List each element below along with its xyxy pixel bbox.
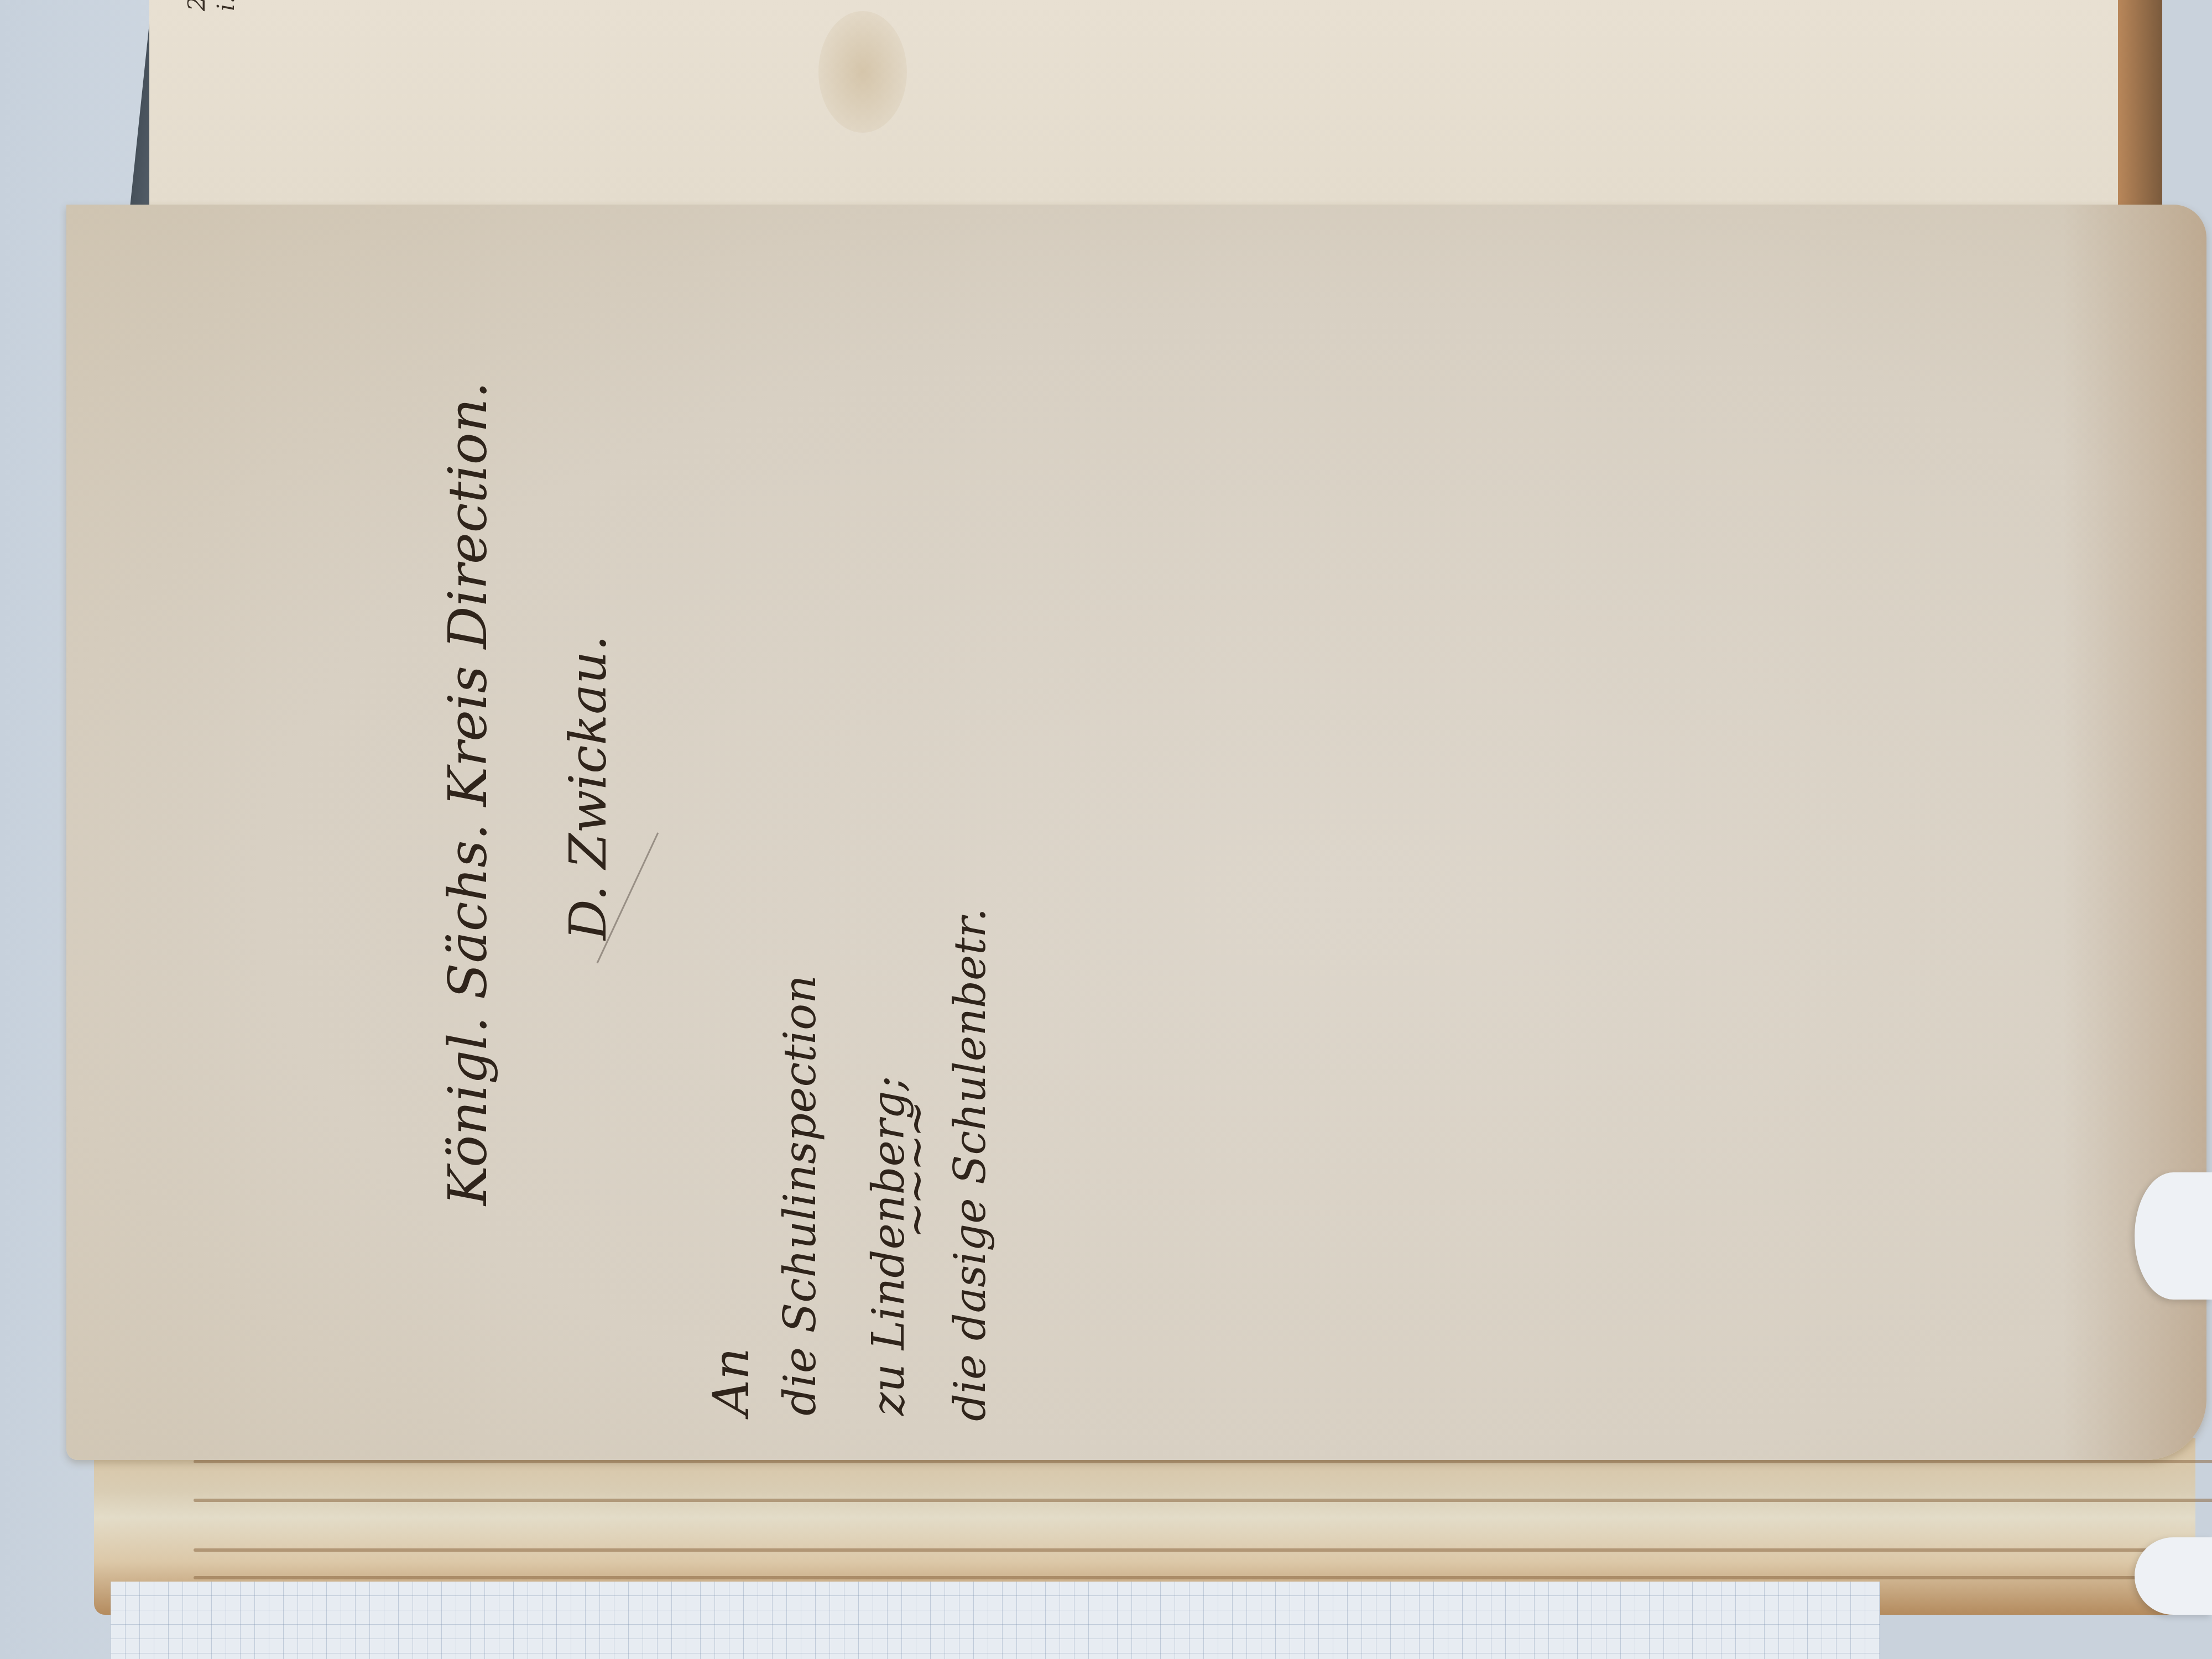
stack-line <box>194 1499 2212 1502</box>
address-recipient: die Schulinspection <box>774 975 826 1416</box>
address-subject: die dasige Schulenbetr. <box>946 908 995 1421</box>
stack-line <box>194 1548 2212 1552</box>
margin-note-line-2: i. d. h. Schuls <box>212 0 241 11</box>
previous-page <box>149 0 2162 212</box>
gloved-finger <box>2135 1537 2212 1615</box>
main-document-page <box>66 205 2206 1460</box>
heading-place: D. Zwickau. <box>559 635 618 940</box>
stack-line <box>194 1576 2212 1579</box>
stack-line <box>194 1460 2212 1463</box>
grid-paper-underlay <box>111 1582 1880 1659</box>
gloved-finger <box>2135 1172 2212 1300</box>
margin-note-line-1: 22ten Aug. d. <box>182 0 212 11</box>
heading-authority: Königl. Sächs. Kreis Direction. <box>437 382 499 1206</box>
margin-note: 22ten Aug. d. i. d. h. Schuls <box>182 0 241 11</box>
ornamental-flourish: ~~~~ <box>890 1104 942 1239</box>
binding-edge <box>2118 0 2162 210</box>
ink-stain <box>818 11 907 133</box>
address-salutation: An <box>702 1348 760 1416</box>
